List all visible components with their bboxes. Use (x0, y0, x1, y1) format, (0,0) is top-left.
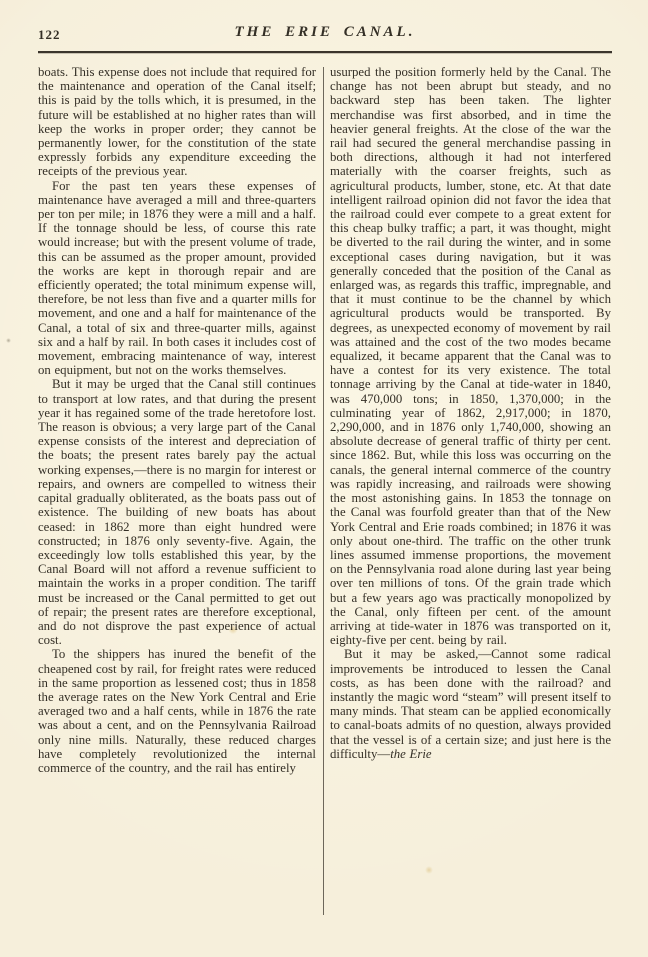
right-column: usurped the position formerly held by th… (330, 65, 611, 915)
paragraph: For the past ten years these expenses of… (38, 179, 316, 378)
header-rule (38, 51, 612, 53)
paragraph-text: To the shippers has inured the benefit o… (38, 647, 316, 775)
paragraph: usurped the position formerly held by th… (330, 65, 611, 647)
text-columns: boats. This expense does not include tha… (38, 65, 612, 915)
paragraph: To the shippers has inured the benefit o… (38, 647, 316, 775)
book-page: 122 THE ERIE CANAL. boats. This expense … (38, 0, 612, 915)
paragraph-text: But it may be urged that the Canal still… (38, 377, 316, 647)
left-column: boats. This expense does not include tha… (38, 65, 316, 915)
paragraph-text: But it may be asked,—Cannot some radical… (330, 647, 611, 760)
paragraph: But it may be urged that the Canal still… (38, 377, 316, 647)
paragraph-text: boats. This expense does not include tha… (38, 65, 316, 178)
page-number: 122 (38, 27, 61, 43)
page-header: 122 THE ERIE CANAL. (38, 20, 612, 46)
paragraph-text: usurped the position formerly held by th… (330, 65, 611, 647)
paragraph: boats. This expense does not include tha… (38, 65, 316, 179)
paragraph-italic-text: the Erie (390, 747, 431, 761)
paragraph: But it may be asked,—Cannot some radical… (330, 647, 611, 761)
column-divider (323, 67, 324, 915)
paragraph-text: For the past ten years these expenses of… (38, 179, 316, 378)
ink-speck (6, 338, 11, 343)
running-title: THE ERIE CANAL. (38, 20, 612, 41)
